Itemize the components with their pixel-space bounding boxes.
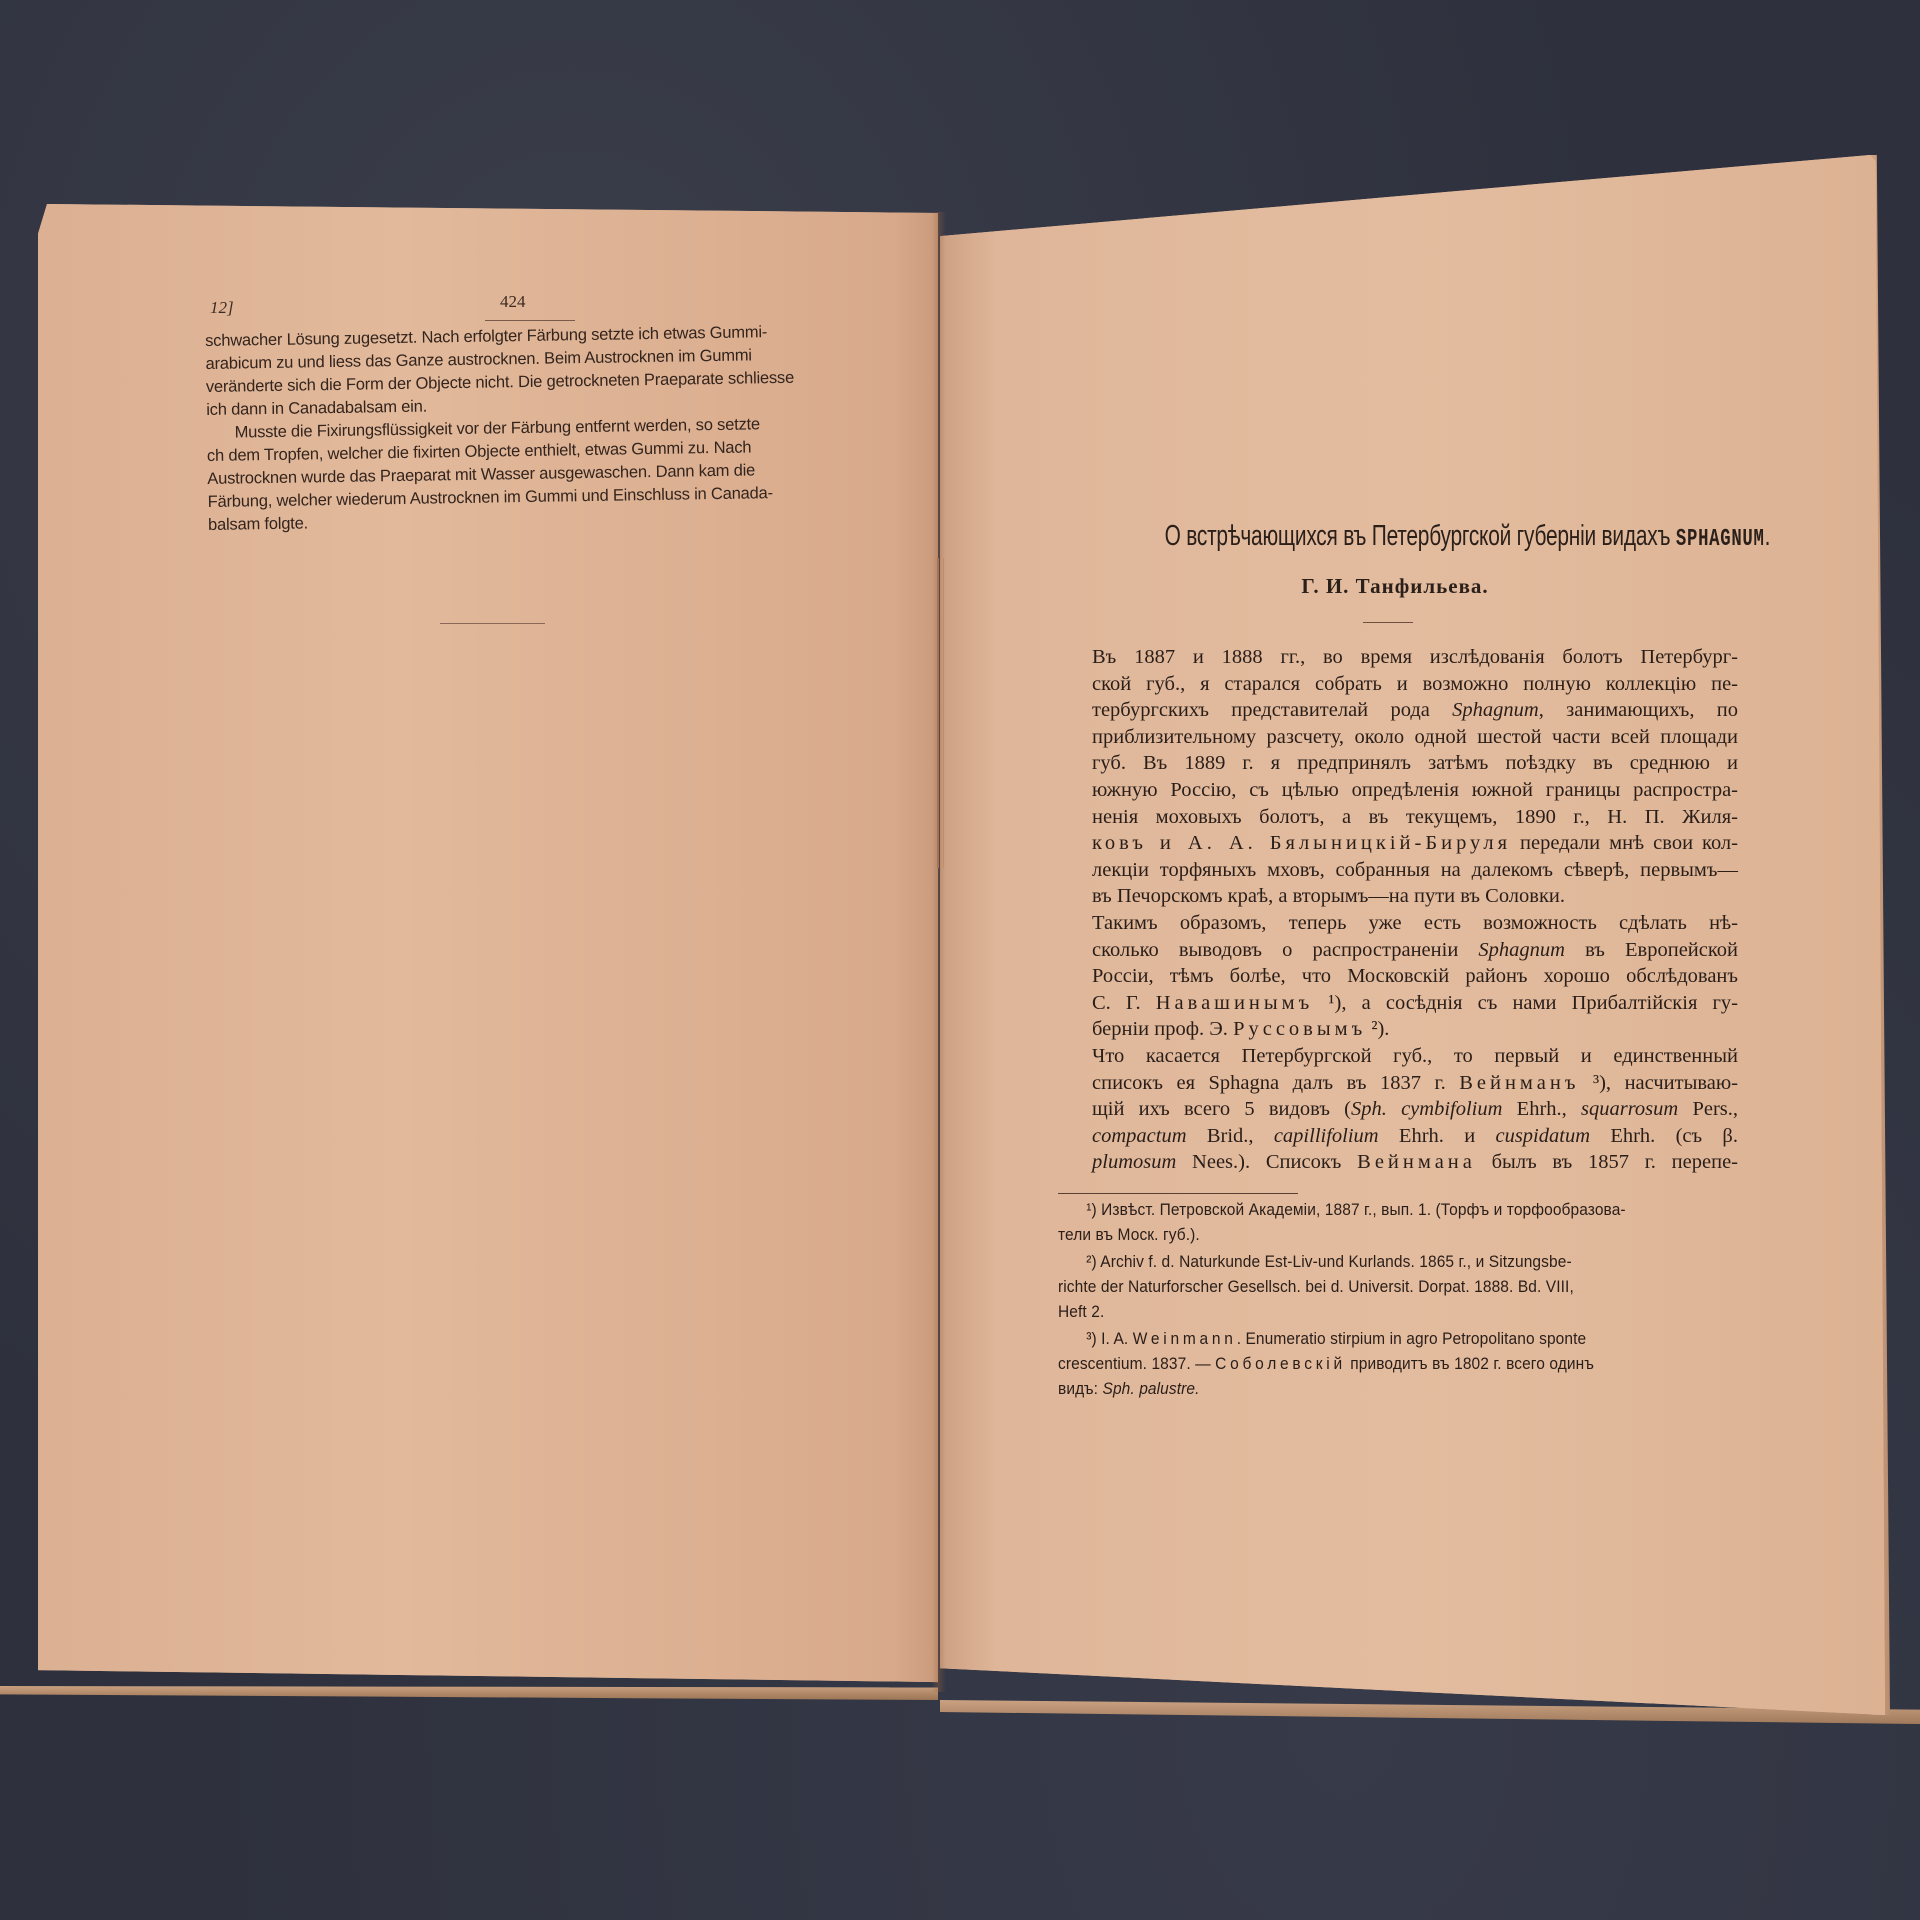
binding-stitch [937,558,944,868]
text: , занимающихъ, по [1539,699,1738,721]
text: тербургскихъ представителай рода [1092,699,1452,721]
text: списокъ ея Sphagna далъ въ 1837 г. [1092,1072,1459,1094]
folio-number: 12] [210,298,234,318]
page-number: 424 [500,292,526,312]
page-number-rule [485,320,575,321]
text-line: Въ 1887 и 1888 гг., во время изслѣдовані… [1058,644,1738,671]
book-gutter [932,212,946,1692]
text-line: balsam folgte. [208,514,308,534]
paragraph: schwacher Lösung zugesetzt. Nach erfolgt… [205,320,826,422]
text-line: тербургскихъ представителай рода Sphagnu… [1058,697,1738,724]
text-line: Färbung, welcher wiederum Austrocknen im… [208,484,773,511]
spaced-name: Weinmann [1133,1330,1237,1348]
footnote-3: ³) I. A. Weinmann. Enumeratio stirpium i… [1058,1327,1754,1402]
left-page-header: 12] 424 [210,292,830,322]
title-genus: SPHAGNUM [1676,526,1765,553]
title-text: О встрѣчающихся въ Петербургской губерні… [1165,520,1671,552]
paragraph: Въ 1887 и 1888 гг., во время изслѣдовані… [1058,644,1738,910]
species-italic: compactum [1092,1125,1187,1147]
article-author: Г. И. Танфильева. [1075,574,1715,599]
text: тели въ Моск. губ.). [1058,1226,1200,1244]
text-line: приблизительному разсчету, около одной ш… [1058,724,1738,751]
title-period: . [1765,520,1771,552]
species-italic: squarrosum [1581,1098,1678,1120]
text: былъ въ 1857 г. перепе- [1476,1151,1738,1173]
species-italic: cuspidatum [1495,1125,1590,1147]
footnote-2: ²) Archiv f. d. Naturkunde Est-Liv-und K… [1058,1250,1754,1325]
paragraph: Musste die Fixirungsflüssigkeit vor der … [206,412,828,537]
species-italic: Sph. cymbifolium [1351,1098,1502,1120]
title-rule [1363,622,1413,623]
text-line: Что касается Петербургской губ., то перв… [1058,1043,1738,1070]
text-line: списокъ ея Sphagna далъ въ 1837 г. Вейнм… [1058,1070,1738,1097]
text-line: arabicum zu und liess das Ganze austrock… [205,346,752,373]
text: Heft 2. [1058,1303,1104,1321]
spaced-name: Вейнманъ [1459,1072,1579,1094]
text: Ehrh., [1502,1098,1581,1120]
text-line: берніи проф. Э. Руссовымъ ²). [1058,1016,1738,1043]
text-line: губ. Въ 1889 г. я предпринялъ затѣмъ поѣ… [1058,750,1738,777]
text: Brid., [1187,1125,1274,1147]
left-page-bottom-edge [0,1686,938,1700]
species-italic: plumosum [1092,1151,1176,1173]
spaced-name: Соболевскій [1215,1355,1346,1373]
text: . Enumeratio stirpium in agro Petropolit… [1237,1330,1587,1348]
text: Ehrh. и [1379,1125,1496,1147]
text: crescentium. 1837. — [1058,1355,1215,1373]
genus-italic: Sphagnum [1478,939,1565,961]
section-end-rule [440,623,545,624]
text: С. Г. [1092,992,1156,1014]
text: ¹), а сосѣднія съ нами Прибалтійскія гу- [1313,992,1738,1014]
left-page-body: schwacher Lösung zugesetzt. Nach erfolgt… [205,320,828,537]
text: Nees.). Списокъ [1176,1151,1357,1173]
text-line: Такимъ образомъ, теперь уже есть возможн… [1058,910,1738,937]
text-line: лекціи торфяныхъ мховъ, собранныя на дал… [1058,857,1738,884]
paragraph: Такимъ образомъ, теперь уже есть возможн… [1058,910,1738,1043]
text-line: Austrocknen wurde das Praeparat mit Wass… [207,461,755,488]
text: Pers., [1678,1098,1738,1120]
footnote-marker: ¹) [1086,1201,1097,1219]
spaced-name: Навашинымъ [1156,992,1314,1014]
text-line: veränderte sich die Form der Objecte nic… [206,369,794,396]
text-line: сколько выводовъ о распространеніи Sphag… [1058,937,1738,964]
paragraph: Что касается Петербургской губ., то перв… [1058,1043,1738,1176]
text-line: въ Печорскомъ краѣ, а вторымъ—на пути въ… [1058,883,1738,910]
text-line: ich dann in Canadabalsam ein. [206,398,427,419]
text-line: щій ихъ всего 5 видовъ (Sph. cymbifolium… [1058,1096,1738,1123]
text-line: южную Россію, съ цѣлью опредѣленія южной… [1058,777,1738,804]
text-line: ch dem Tropfen, welcher die fixirten Obj… [207,438,752,465]
right-page-body: Въ 1887 и 1888 гг., во время изслѣдовані… [1058,644,1738,1176]
text: Ehrh. (съ β. [1590,1125,1738,1147]
text-line: compactum Brid., capillifolium Ehrh. и c… [1058,1123,1738,1150]
footnote-rule [1058,1193,1298,1194]
text: щій ихъ всего 5 видовъ ( [1092,1098,1351,1120]
spaced-name: Вейнмана [1357,1151,1476,1173]
footnote-1: ¹) Извѣст. Петровской Академіи, 1887 г.,… [1058,1198,1754,1248]
text: richte der Naturforscher Gesellsch. bei … [1058,1278,1574,1296]
text-line: ковъ и А. А. Бялыницкій-Бируля передали … [1058,830,1738,857]
text: приводитъ въ 1802 г. всего одинъ [1346,1355,1594,1373]
species-italic: capillifolium [1274,1125,1379,1147]
text-line: С. Г. Навашинымъ ¹), а сосѣднія съ нами … [1058,990,1738,1017]
text: сколько выводовъ о распространеніи [1092,939,1478,961]
text: передали мнѣ свои кол- [1511,832,1738,854]
species-italic: Sph. palustre. [1103,1380,1200,1398]
spaced-names: ковъ и А. А. Бялыницкій-Бируля [1092,832,1511,854]
footnotes: ¹) Извѣст. Петровской Академіи, 1887 г.,… [1058,1198,1754,1404]
text: ²). [1366,1018,1389,1040]
photo-scene: 12] 424 schwacher Lösung zugesetzt. Nach… [0,0,1920,1920]
spaced-name: Руссовымъ [1233,1018,1366,1040]
text: Archiv f. d. Naturkunde Est-Liv-und Kurl… [1097,1253,1572,1271]
text: I. A. [1097,1330,1133,1348]
text-line: ненія моховыхъ болотъ, а въ текущемъ, 18… [1058,804,1738,831]
text: Извѣст. Петровской Академіи, 1887 г., вы… [1097,1201,1626,1219]
footnote-marker: ²) [1086,1253,1097,1271]
text: въ Европейской [1565,939,1738,961]
text: берніи проф. Э. [1092,1018,1233,1040]
genus-italic: Sphagnum [1452,699,1539,721]
text: видъ: [1058,1380,1103,1398]
article-title: О встрѣчающихся въ Петербургской губерні… [1165,520,1626,553]
text-line: plumosum Nees.). Списокъ Вейнмана былъ в… [1058,1149,1738,1176]
text-line: Россіи, тѣмъ болѣе, что Московскій район… [1058,963,1738,990]
text: ³), насчитываю- [1579,1072,1738,1094]
footnote-marker: ³) [1086,1330,1097,1348]
text-line: ской губ., я старался собрать и возможно… [1058,671,1738,698]
